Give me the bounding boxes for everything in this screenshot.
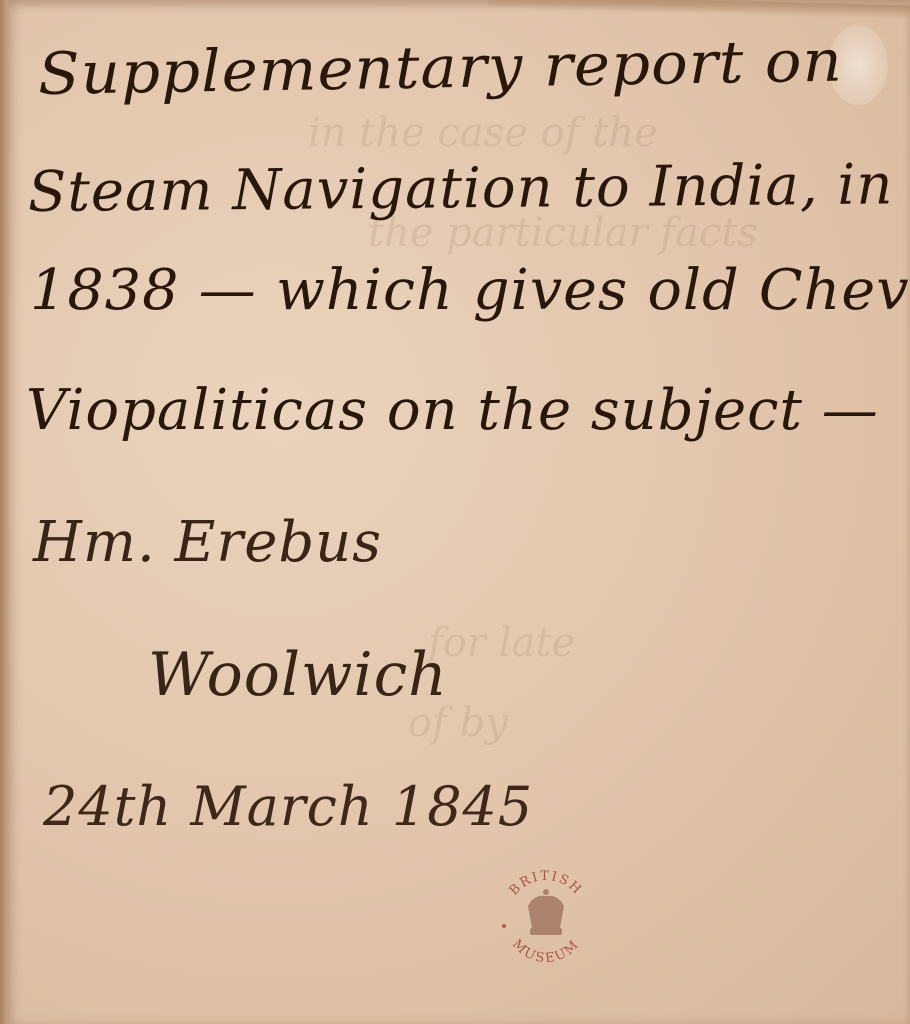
manuscript-page: in the case of the the particular facts … xyxy=(8,0,910,1024)
manuscript-line-2: Steam Navigation to India, in xyxy=(28,152,894,225)
bleed-through-text: in the case of the xyxy=(308,110,658,156)
svg-text:MUSEUM: MUSEUM xyxy=(509,937,583,967)
ship-name-line: Hm. Erebus xyxy=(33,510,382,575)
page-edge xyxy=(0,0,8,1024)
crown-icon: BRITISH MUSEUM xyxy=(494,866,598,970)
british-museum-stamp: BRITISH MUSEUM xyxy=(494,866,598,970)
bleed-through-text: for late xyxy=(428,620,575,666)
manuscript-line-3: 1838 — which gives old Chevaing xyxy=(30,258,910,323)
manuscript-line-1: Supplementary report on xyxy=(37,27,843,108)
place-line: Woolwich xyxy=(148,640,448,710)
stamp-bottom-text: MUSEUM xyxy=(509,937,583,967)
date-line: 24th March 1845 xyxy=(43,775,533,838)
page-fold xyxy=(488,0,910,20)
manuscript-line-4: Viopaliticas on the subject — xyxy=(26,378,879,443)
